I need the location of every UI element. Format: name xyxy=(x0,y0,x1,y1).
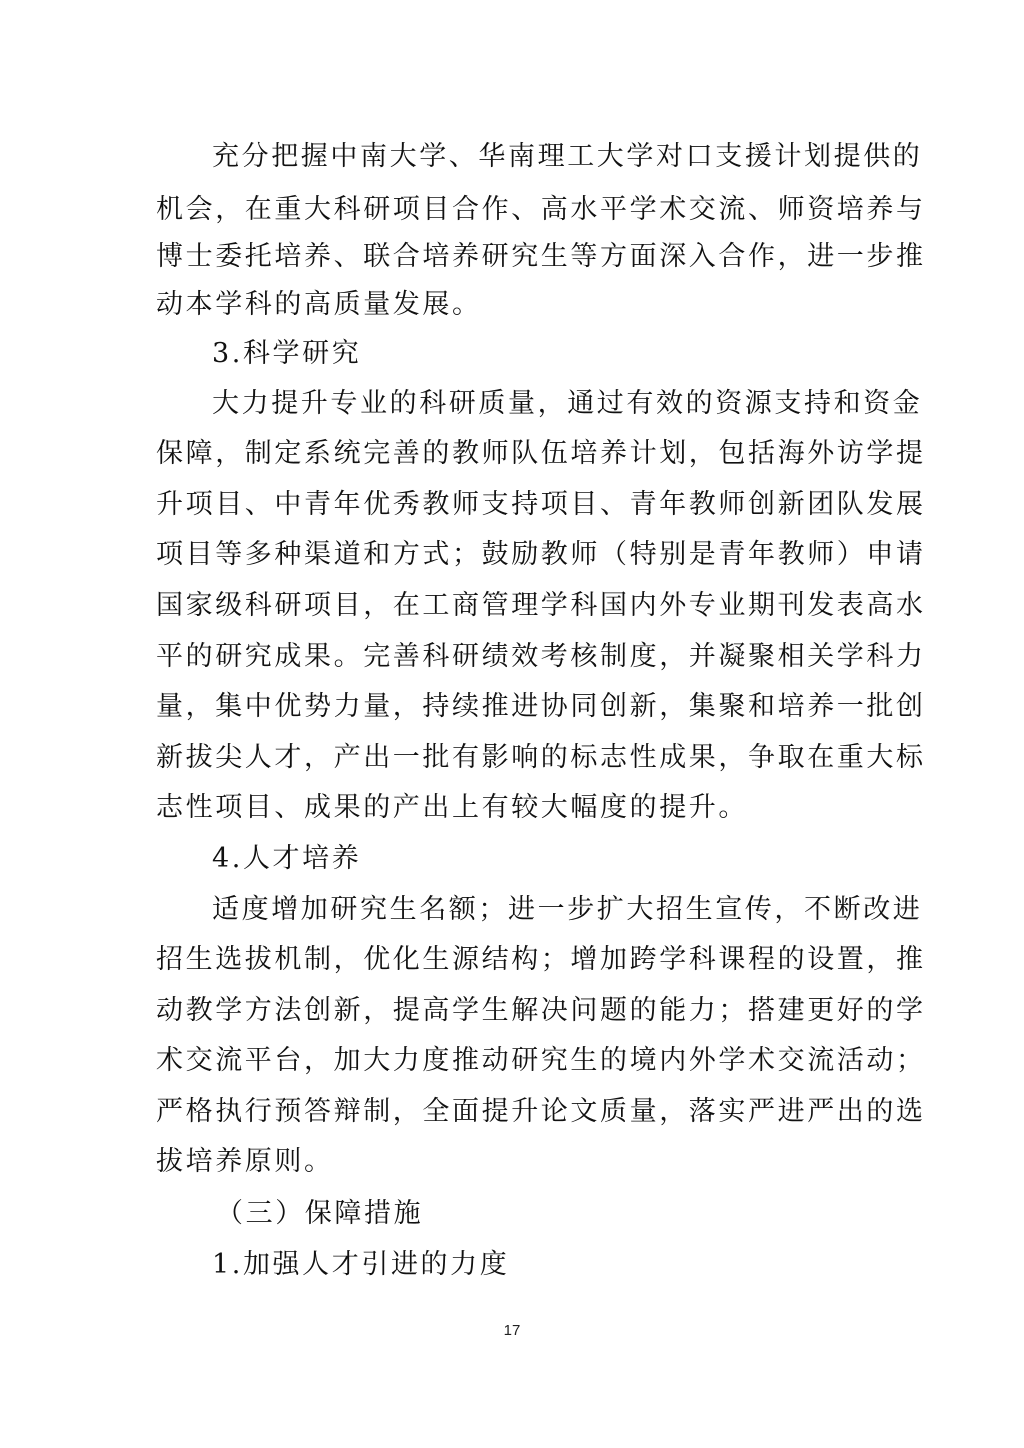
paragraph-line: 博士委托培养、联合培养研究生等方面深入合作，进一步推 xyxy=(156,240,868,274)
document-page: 充分把握中南大学、华南理工大学对口支援计划提供的 机会，在重大科研项目合作、高水… xyxy=(0,0,1024,1448)
paragraph-line: 保障，制定系统完善的教师队伍培养计划，包括海外访学提 xyxy=(156,437,868,471)
paragraph-line: 大力提升专业的科研质量，通过有效的资源支持和资金 xyxy=(212,387,924,421)
paragraph-line: 项目等多种渠道和方式；鼓励教师（特别是青年教师）申请 xyxy=(156,538,868,572)
paragraph-line: 志性项目、成果的产出上有较大幅度的提升。 xyxy=(156,791,868,825)
paragraph-line: 升项目、中青年优秀教师支持项目、青年教师创新团队发展 xyxy=(156,488,868,522)
paragraph-line: 平的研究成果。完善科研绩效考核制度，并凝聚相关学科力 xyxy=(156,640,868,674)
paragraph-line: 动教学方法创新，提高学生解决问题的能力；搭建更好的学 xyxy=(156,994,868,1028)
paragraph-line: 国家级科研项目，在工商管理学科国内外专业期刊发表高水 xyxy=(156,589,868,623)
paragraph-line: 术交流平台，加大力度推动研究生的境内外学术交流活动； xyxy=(156,1044,868,1078)
page-number: 17 xyxy=(0,1322,1024,1339)
paragraph-line: 机会，在重大科研项目合作、高水平学术交流、师资培养与 xyxy=(156,193,868,227)
paragraph-line: 适度增加研究生名额；进一步扩大招生宣传，不断改进 xyxy=(212,893,924,927)
paragraph-line: 充分把握中南大学、华南理工大学对口支援计划提供的 xyxy=(212,140,924,174)
paragraph-line: 拔培养原则。 xyxy=(156,1145,868,1179)
paragraph-line: 量，集中优势力量，持续推进协同创新，集聚和培养一批创 xyxy=(156,690,868,724)
section-heading: 3.科学研究 xyxy=(212,337,924,371)
subsection-heading: 1.加强人才引进的力度 xyxy=(212,1248,924,1282)
paragraph-line: 动本学科的高质量发展。 xyxy=(156,288,868,322)
paragraph-line: 新拔尖人才，产出一批有影响的标志性成果，争取在重大标 xyxy=(156,741,868,775)
paragraph-line: 严格执行预答辩制，全面提升论文质量，落实严进严出的选 xyxy=(156,1095,868,1129)
paragraph-line: 招生选拔机制，优化生源结构；增加跨学科课程的设置，推 xyxy=(156,943,868,977)
section-heading: 4.人才培养 xyxy=(212,842,924,876)
section-heading: （三）保障措施 xyxy=(216,1197,928,1231)
